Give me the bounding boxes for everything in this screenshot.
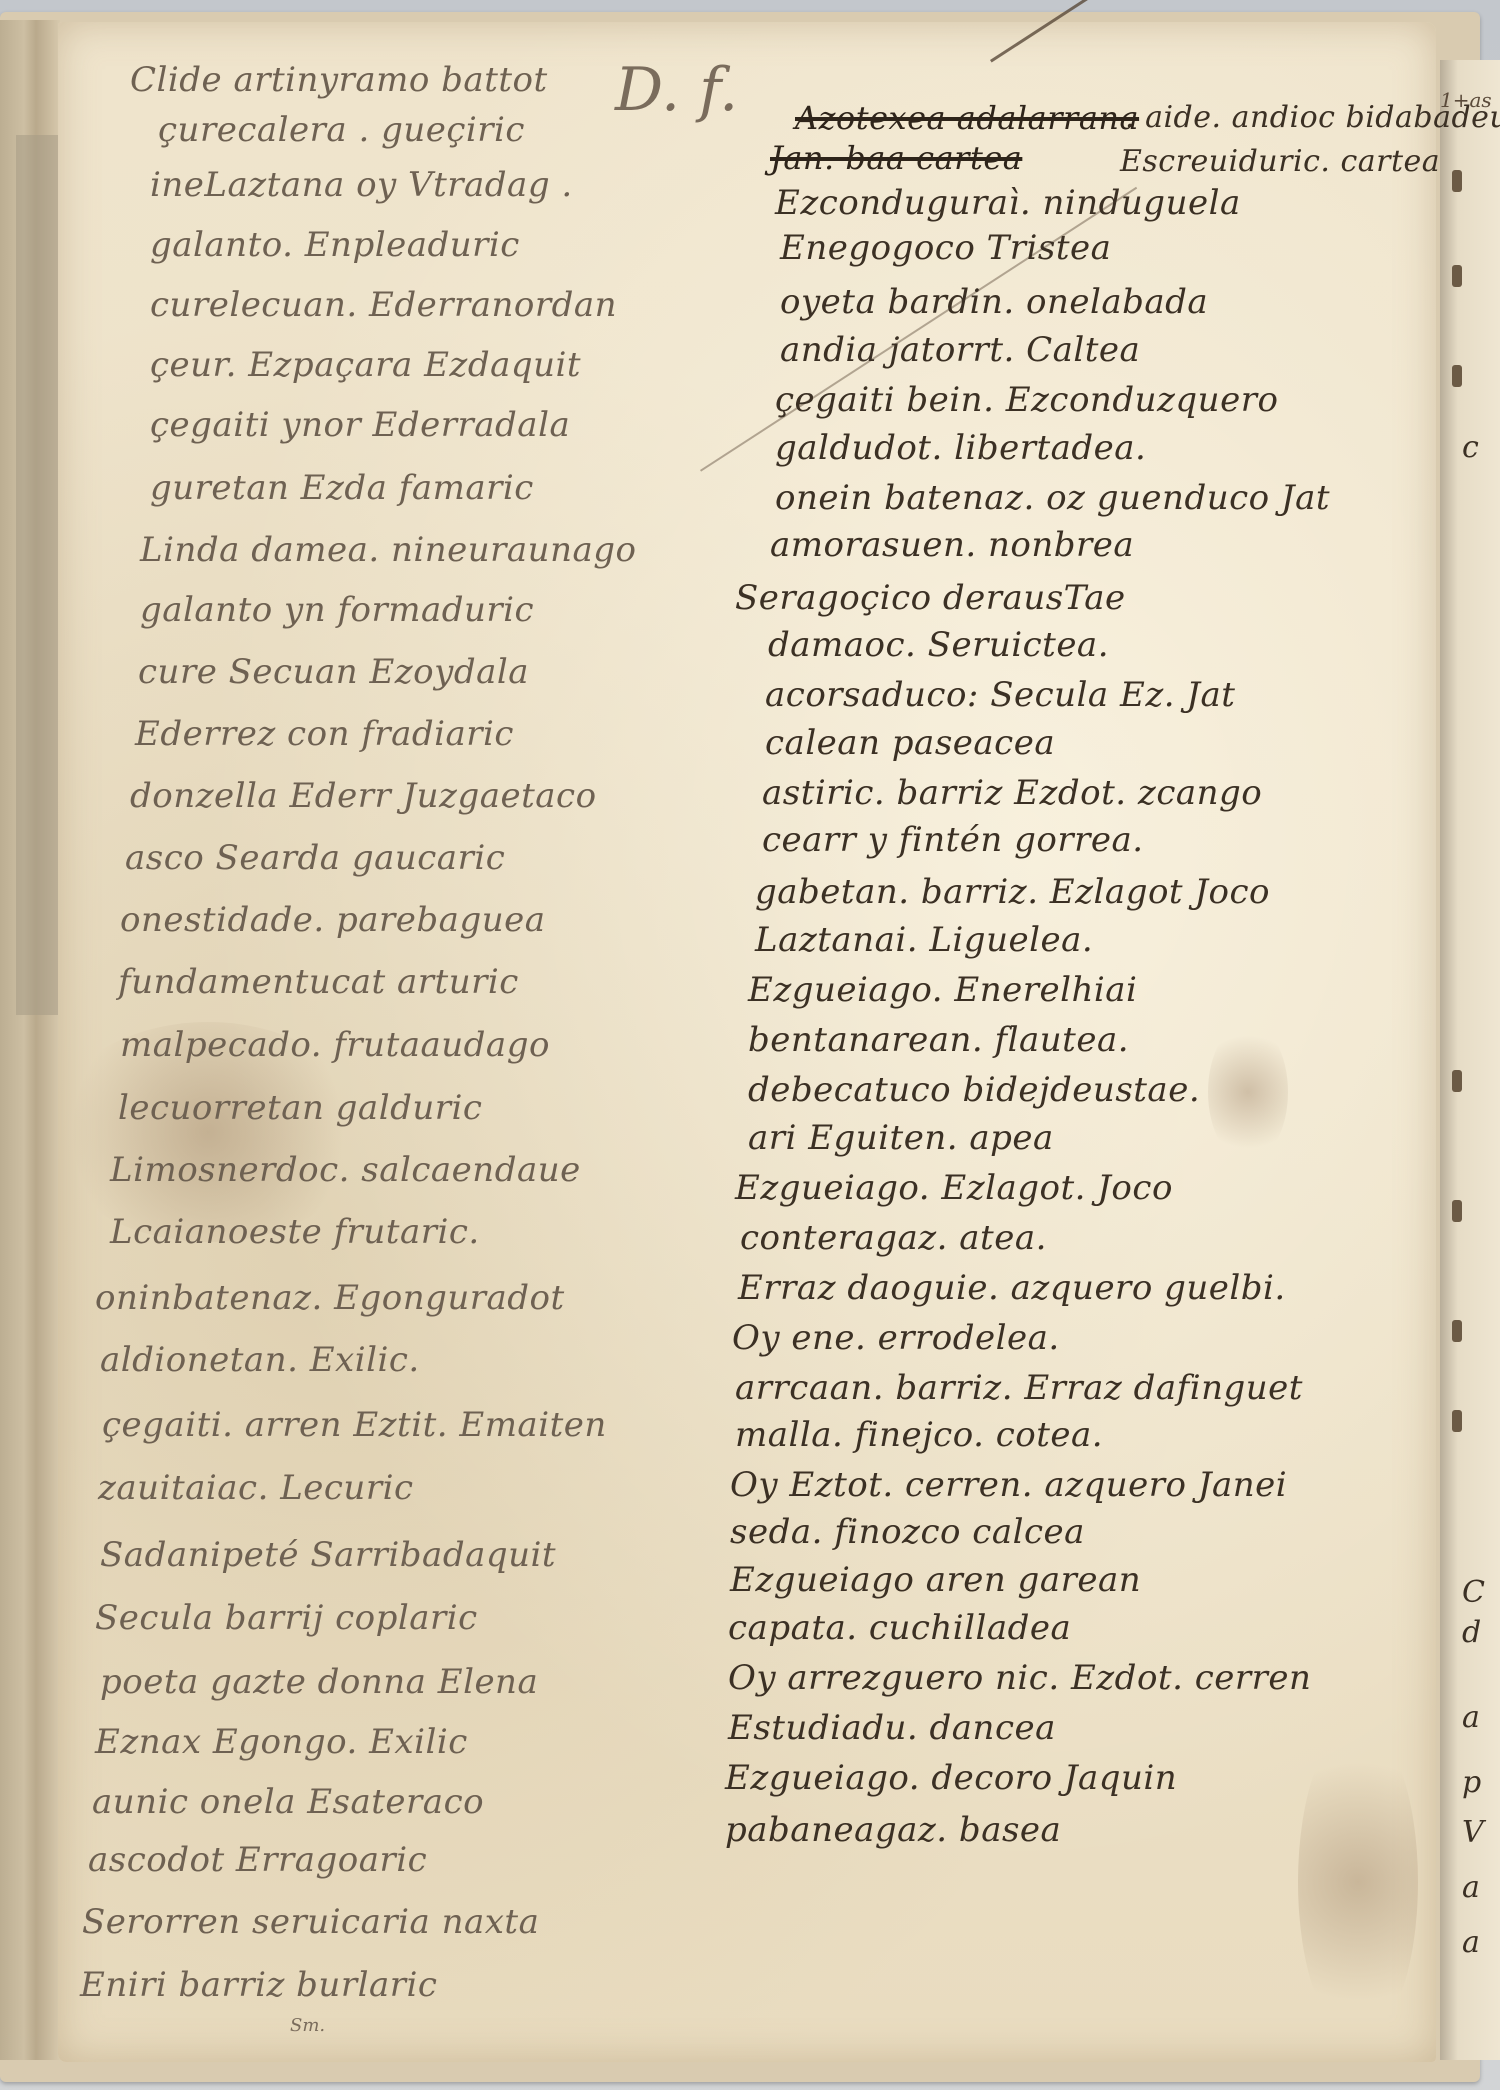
facing-page-fragment: p bbox=[1462, 1765, 1481, 1800]
verse-line: Ederrez con fradiaric bbox=[135, 714, 514, 754]
verse-line: Ezconduguraì. ninduguela bbox=[775, 183, 1241, 223]
facing-page-fragment: C bbox=[1462, 1575, 1485, 1610]
left-spine bbox=[0, 20, 60, 2060]
verse-line: Clide artinyramo battot bbox=[130, 60, 548, 100]
ink-smudge bbox=[1208, 1022, 1288, 1162]
facing-page-fragment: V bbox=[1462, 1815, 1484, 1850]
verse-line: ineLaztana oy Vtradag . bbox=[150, 165, 573, 205]
verse-line: galanto. Enpleaduric bbox=[150, 225, 520, 265]
facing-page-fragment: c bbox=[1462, 430, 1479, 465]
heading-continuation-2: Escreuiduric. cartea bbox=[1120, 142, 1440, 182]
verse-line: zauitaiac. Lecuric bbox=[98, 1468, 414, 1508]
verse-line: bentanarean. flautea. bbox=[748, 1020, 1129, 1060]
struck-heading-2: Jan. baa cartea bbox=[770, 138, 1022, 178]
facing-page-fragment: a bbox=[1462, 1925, 1480, 1960]
verse-line: malla. finejco. cotea. bbox=[735, 1415, 1103, 1455]
verse-line: Oy Eztot. cerren. azquero Janei bbox=[730, 1465, 1287, 1505]
verse-line: aunic onela Esateraco bbox=[92, 1782, 484, 1822]
binding-stitch bbox=[1452, 1320, 1462, 1342]
verse-line: donzella Ederr Juzgaetaco bbox=[130, 776, 597, 816]
verse-line: Enegogoco Tristea bbox=[780, 228, 1111, 268]
verse-line: acorsaduco: Secula Ez. Jat bbox=[765, 675, 1235, 715]
spine-patch bbox=[16, 135, 62, 1015]
verse-line: onestidade. parebaguea bbox=[120, 900, 546, 940]
verse-line: poeta gazte donna Elena bbox=[100, 1662, 538, 1702]
verse-line: Erraz daoguie. azquero guelbi. bbox=[738, 1268, 1286, 1308]
struck-heading-1: Azotexea adalarrana bbox=[795, 98, 1139, 138]
verse-line: Linda damea. nineuraunago bbox=[140, 530, 637, 570]
verse-line: seda. finozco calcea bbox=[730, 1512, 1085, 1552]
verse-line: aldionetan. Exilic. bbox=[100, 1340, 420, 1380]
verse-line: Ezgueiago aren garean bbox=[730, 1560, 1141, 1600]
verse-line: çegaiti. arren Eztit. Emaiten bbox=[102, 1405, 607, 1445]
verse-line: oninbatenaz. Egonguradot bbox=[95, 1278, 565, 1318]
verse-line: Eniri barriz burlaric bbox=[80, 1965, 437, 2005]
facing-page-fragment: a bbox=[1462, 1870, 1480, 1905]
verse-line: arrcaan. barriz. Erraz dafinguet bbox=[735, 1368, 1303, 1408]
verse-line: galdudot. libertadea. bbox=[775, 428, 1146, 468]
verse-line: astiric. barriz Ezdot. zcango bbox=[762, 773, 1262, 813]
verse-line: çurecalera . gueçiric bbox=[158, 110, 525, 150]
verse-line: asco Searda gaucaric bbox=[125, 838, 505, 878]
verse-line: Ezgueiago. decoro Jaquin bbox=[725, 1758, 1177, 1798]
verse-line: ari Eguiten. apea bbox=[748, 1118, 1054, 1158]
verse-line: Laztanai. Liguelea. bbox=[755, 920, 1093, 960]
signature-mark: Sm. bbox=[290, 2015, 325, 2036]
binding-stitch bbox=[1452, 1200, 1462, 1222]
margin-initials: D. f. bbox=[615, 55, 738, 125]
binding-stitch bbox=[1452, 1410, 1462, 1432]
verse-line: calean paseacea bbox=[765, 723, 1055, 763]
verse-line: pabaneagaz. basea bbox=[725, 1810, 1061, 1850]
verse-line: oyeta bardin. onelabada bbox=[780, 282, 1208, 322]
verse-line: lecuorretan galduric bbox=[118, 1088, 482, 1128]
verse-line: fundamentucat arturic bbox=[118, 962, 519, 1002]
verse-line: debecatuco bidejdeustae. bbox=[748, 1070, 1200, 1110]
verse-line: Serorren seruicaria naxta bbox=[82, 1902, 539, 1942]
verse-line: conteragaz. atea. bbox=[740, 1218, 1047, 1258]
binding-stitch bbox=[1452, 170, 1462, 192]
verse-line: cearr y fintén gorrea. bbox=[762, 820, 1144, 860]
verse-line: çegaiti bein. Ezconduzquero bbox=[775, 380, 1278, 420]
binding-stitch bbox=[1452, 365, 1462, 387]
verse-line: Ezgueiago. Enerelhiai bbox=[748, 970, 1137, 1010]
verse-line: andia jatorrt. Caltea bbox=[780, 330, 1140, 370]
verse-line: çeur. Ezpaçara Ezdaquit bbox=[150, 345, 581, 385]
verse-line: Sadanipeté Sarribadaquit bbox=[100, 1535, 556, 1575]
verse-line: çegaiti ynor Ederradala bbox=[150, 405, 570, 445]
verse-line: guretan Ezda famaric bbox=[150, 468, 534, 508]
verse-line: Estudiadu. dancea bbox=[728, 1708, 1056, 1748]
verse-line: Oy arrezguero nic. Ezdot. cerren bbox=[728, 1658, 1311, 1698]
binding-stitch bbox=[1452, 265, 1462, 287]
verse-line: amorasuen. nonbrea bbox=[770, 525, 1134, 565]
verse-line: gabetan. barriz. Ezlagot Joco bbox=[755, 872, 1270, 912]
verse-line: onein batenaz. oz guenduco Jat bbox=[775, 478, 1330, 518]
verse-line: ascodot Erragoaric bbox=[88, 1840, 427, 1880]
verse-line: Limosnerdoc. salcaendaue bbox=[110, 1150, 581, 1190]
verse-line: damaoc. Seruictea. bbox=[768, 625, 1109, 665]
heading-continuation-1: . aide. andioc bidabadeu bbox=[1125, 98, 1500, 138]
verse-line: Secula barrij coplaric bbox=[95, 1598, 478, 1638]
verse-line: Eznax Egongo. Exilic bbox=[95, 1722, 468, 1762]
verse-line: cure Secuan Ezoydala bbox=[138, 652, 529, 692]
verse-line: curelecuan. Ederranordan bbox=[150, 285, 617, 325]
verse-line: Oy ene. errodelea. bbox=[732, 1318, 1060, 1358]
corner-stain bbox=[1298, 1722, 1418, 2042]
verse-line: galanto yn formaduric bbox=[140, 590, 534, 630]
verse-line: Seragoçico derausTae bbox=[735, 578, 1126, 618]
verse-line: capata. cuchilladea bbox=[728, 1608, 1071, 1648]
facing-page-edge bbox=[1440, 60, 1500, 2060]
facing-page-fragment: a bbox=[1462, 1700, 1480, 1735]
verse-line: malpecado. frutaaudago bbox=[120, 1025, 550, 1065]
verse-line: Lcaianoeste frutaric. bbox=[110, 1212, 480, 1252]
verse-line: Ezgueiago. Ezlagot. Joco bbox=[735, 1168, 1173, 1208]
facing-page-fragment: d bbox=[1462, 1615, 1481, 1650]
binding-stitch bbox=[1452, 1070, 1462, 1092]
